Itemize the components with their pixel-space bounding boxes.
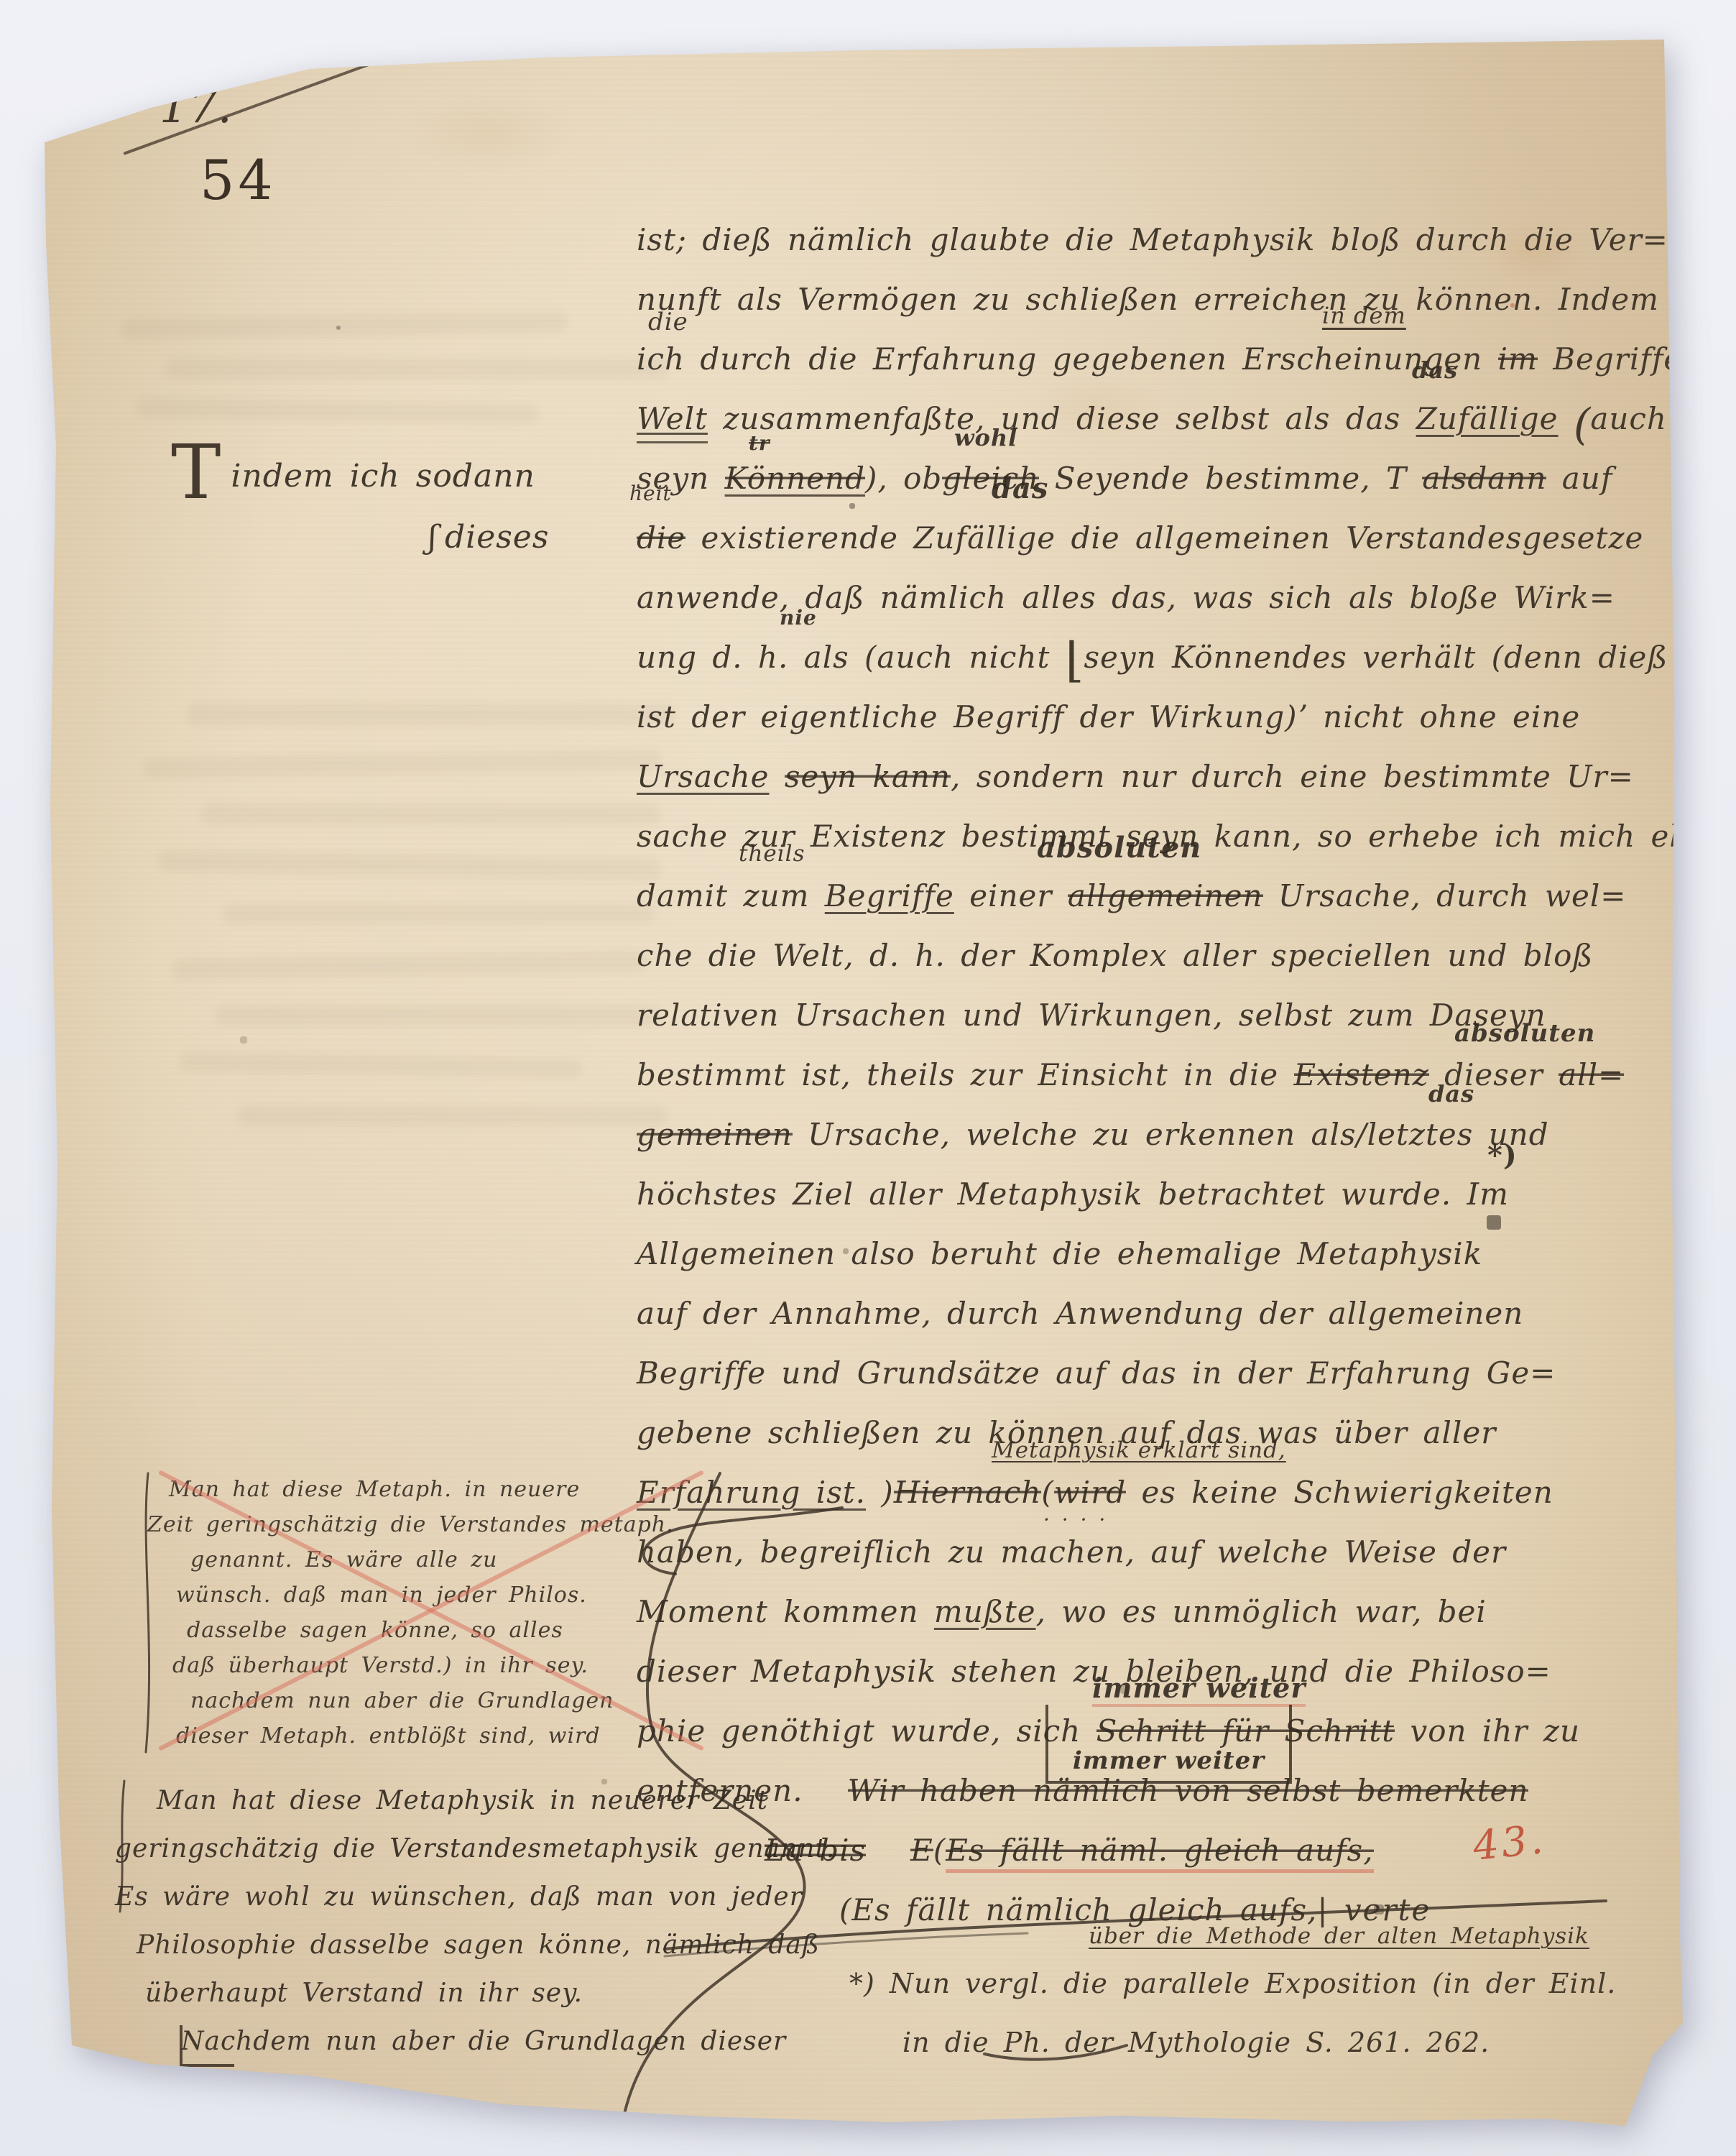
text-line: ist; dieß nämlich glaubte die Metaphysik…: [637, 210, 1643, 269]
text-line: Moment kommen mußte, wo es unmöglich war…: [637, 1582, 1643, 1641]
line-seg: ): [866, 1475, 894, 1510]
struck-text: die: [637, 520, 685, 556]
line-seg: Allgemeinen also beruht die ehemalige Me…: [637, 1236, 1482, 1271]
bleedthrough-line: [216, 1006, 661, 1025]
underlined-text: Begriffe: [825, 878, 954, 913]
line-seg: relativen Ursachen und Wirkungen, selbst…: [637, 998, 1546, 1033]
line-seg: höchstes Ziel aller Metaphysik betrachte…: [637, 1176, 1509, 1212]
margin-draft-line: Man hat diese Metaph. in neuere: [147, 1472, 672, 1507]
text-line: ung d. h. als (auch nicht ⌊seyn Könnende…: [637, 627, 1643, 687]
margin-draft-line: wünsch. daß man in jeder Philos.: [147, 1577, 672, 1613]
interlinear-insertion: in dem: [1322, 302, 1406, 329]
text-line: nunft als Vermögen zu schließen erreiche…: [637, 269, 1643, 329]
text-line: damit zum Begriffe einer allgemeinen Urs…: [637, 866, 1643, 926]
margin-note-bottom: Man hat diese Metaphysik in neuerer Zeit…: [115, 1777, 790, 2065]
struck-text: Könnend: [725, 461, 865, 496]
line-seg: ist; dieß nämlich glaubte die Metaphysik…: [637, 222, 1668, 257]
margin-note-top-line1: Tindem ich sodann: [171, 428, 549, 516]
text-line: Erfahrung ist. )Hiernach(wird es keine S…: [637, 1462, 1643, 1522]
line-seg: einer: [954, 878, 1068, 913]
footnote-insertion: über die Methode der alten Metaphysik: [1089, 1923, 1589, 1949]
line-seg: seyn Könnendes verhält (denn dieß: [1084, 640, 1668, 675]
insertion-mark: ʃ: [428, 519, 438, 556]
manuscript-paper: 17. 54 Tindem ich sodann ʃdieses ist; di…: [0, 0, 1736, 2156]
underlined-text: Welt: [637, 401, 708, 443]
underlined-text: Zufällige: [1416, 401, 1559, 436]
footnote-line1: *) Nun vergl. die parallele Exposition (…: [849, 1968, 1616, 1999]
interlinear-insertion: immer weiter: [1092, 1672, 1306, 1707]
line-seg: che die Welt, d. h. der Komplex aller sp…: [637, 938, 1593, 973]
ink-specks: [0, 0, 1, 1]
struck-text: gemeinen: [637, 1117, 793, 1152]
margin-note-top: Tindem ich sodann ʃdieses: [171, 428, 549, 556]
struck-text: E: [910, 1833, 933, 1868]
bleedthrough-line: [137, 399, 539, 423]
footnote-asterisk-mark: *): [1487, 1138, 1518, 1172]
bleedthrough-line: [201, 805, 661, 824]
text-line: ist der eigentliche Begriff der Wirkung)…: [637, 687, 1643, 747]
line-seg: von ihr zu: [1395, 1713, 1580, 1749]
text-line: höchstes Ziel aller Metaphysik betrachte…: [637, 1164, 1643, 1224]
line-seg: ), ob: [865, 461, 942, 496]
underlined-text: Ursache: [637, 759, 770, 794]
margin-note-line: Philosophie dasselbe sagen könne, nämlic…: [115, 1921, 790, 1969]
insertion-box: immer weiter: [1045, 1705, 1292, 1784]
line-seg: bestimmt ist, theils zur Einsicht in die: [637, 1057, 1294, 1092]
struck-text: alsdann: [1422, 461, 1546, 496]
line-seg: Begriffe und Grundsätze auf das in der E…: [637, 1355, 1556, 1391]
footnote-line2: in die Ph. der Mythologie S. 261. 262.: [902, 2027, 1490, 2058]
margin-note-line: Es wäre wohl zu wünschen, daß man von je…: [115, 1873, 790, 1921]
text-line: Welt zusammenfaßte, und diese selbst als…: [637, 389, 1643, 448]
line-seg: haben, begreiflich zu machen, auf welche…: [637, 1534, 1506, 1570]
margin-note-text: dieses: [445, 519, 549, 556]
text-line: Ursache seyn kann, sondern nur durch ein…: [637, 747, 1643, 806]
margin-note-line: Man hat diese Metaphysik in neuerer Zeit: [115, 1777, 790, 1825]
text-line: Allgemeinen also beruht die ehemalige Me…: [637, 1224, 1643, 1284]
line-seg: auch nicht=: [1590, 401, 1736, 436]
struck-text: allgemeinen: [1068, 878, 1263, 913]
margin-draft-line: dasselbe sagen könne, so alles: [147, 1613, 672, 1648]
bleedthrough-line: [158, 851, 661, 880]
line-seg: [770, 759, 785, 794]
line-seg: ung d. h. als (auch nicht: [637, 640, 1066, 675]
insertion-corner-bracket: [180, 2025, 234, 2067]
line-seg: Ursache, durch wel=: [1263, 878, 1627, 913]
margin-note-line: überhaupt Verstand in ihr sey.: [115, 1969, 790, 2017]
margin-draft-crossed: Man hat diese Metaph. in neuere Zeit ger…: [147, 1472, 672, 1754]
line-seg: Moment kommen: [637, 1594, 934, 1629]
text-line: haben, begreiflich zu machen, auf welche…: [637, 1522, 1643, 1582]
underlined-text: mußte: [934, 1594, 1036, 1629]
text-line: che die Welt, d. h. der Komplex aller sp…: [637, 926, 1643, 985]
interlinear-insertion: das: [1428, 1080, 1474, 1107]
bleedthrough-line: [165, 359, 668, 378]
margin-draft-line: daß überhaupt Verstd.) in ihr sey.: [147, 1648, 672, 1683]
interlinear-insertion: nie: [780, 606, 817, 630]
struck-text: all=: [1559, 1057, 1624, 1092]
bleedthrough-line: [187, 704, 675, 724]
interlinear-insertion: theils: [739, 841, 805, 867]
line-seg: auf der Annahme, durch Anwendung der all…: [637, 1296, 1523, 1331]
interlinear-insertion: tr: [749, 431, 770, 455]
bleedthrough-line: [180, 1053, 582, 1077]
line-seg: ich durch die Erfahrung gegebenen Ersche…: [637, 341, 1498, 377]
margin-note-top-line2: ʃdieses: [428, 519, 549, 556]
struck-text: seyn kann: [785, 759, 951, 794]
line-seg: (: [1041, 1475, 1053, 1510]
line-seg: es keine Schwierigkeiten: [1126, 1475, 1553, 1510]
line-seg: , wo es unmöglich war, bei: [1036, 1594, 1487, 1629]
text-line: die existierende Zufällige die allgemein…: [637, 508, 1643, 568]
struck-text-red-underline: Es fällt näml. gleich aufs,: [946, 1833, 1373, 1873]
line-seg: phie genöthigt wurde, sich: [637, 1713, 1096, 1749]
paper-stain: [402, 93, 575, 172]
bleedthrough-line: [172, 952, 647, 979]
text-line: ich durch die Erfahrung gegebenen Ersche…: [637, 329, 1643, 389]
text-line: Begriffe und Grundsätze auf das in der E…: [637, 1343, 1643, 1403]
line-seg: (: [933, 1833, 946, 1868]
interlinear-insertion: absoluten: [1037, 831, 1201, 865]
struck-text: Existenz: [1294, 1057, 1429, 1092]
interlinear-insertion: die: [648, 308, 688, 336]
line-seg: Ursache, welche zu erkennen als/letztes …: [793, 1117, 1549, 1152]
line-seg: , sondern nur durch eine bestimmte Ur=: [951, 759, 1634, 794]
interlinear-insertion: das: [1412, 356, 1458, 384]
line-seg: nunft als Vermögen zu schließen erreiche…: [637, 282, 1659, 317]
page-number: 54: [200, 148, 277, 212]
interlinear-insertion: heit: [629, 482, 672, 505]
stet-dots-mark: · · · ·: [1043, 1508, 1108, 1531]
line-seg: Begriffe: [1538, 341, 1682, 377]
line-seg: zusammenfaßte, und diese selbst als das: [708, 401, 1416, 436]
verte-note: verte: [1329, 1892, 1431, 1927]
insertion-bracket-mark: ⌊: [1066, 632, 1084, 688]
margin-draft-line: genannt. Es wäre alle zu: [147, 1542, 672, 1577]
insertion-box-text: immer weiter: [1073, 1746, 1265, 1781]
text-line: bestimmt ist, theils zur Einsicht in die…: [637, 1045, 1643, 1105]
margin-note-text: indem ich sodann: [231, 458, 535, 494]
struck-text: Hiernach: [894, 1475, 1042, 1510]
bleedthrough-line: [122, 313, 568, 339]
red-folio-number: 43.: [1471, 1816, 1548, 1870]
interlinear-insertion: absoluten: [1454, 1019, 1595, 1048]
interlinear-insertion: das: [992, 471, 1048, 505]
line-seg: ist der eigentliche Begriff der Wirkung)…: [637, 699, 1580, 734]
bleedthrough-line: [223, 906, 654, 923]
line-seg: damit zum: [637, 878, 825, 913]
line-seg: [1559, 401, 1574, 436]
line-seg: existierende Zufällige die allgemeinen V…: [685, 520, 1643, 556]
large-paren-mark: (: [1574, 400, 1590, 450]
bleedthrough-line: [144, 750, 661, 778]
text-line: auf der Annahme, durch Anwendung der all…: [637, 1284, 1643, 1343]
margin-draft-line: dieser Metaph. entblößt sind, wird: [147, 1718, 672, 1754]
scan-background: 17. 54 Tindem ich sodann ʃdieses ist; di…: [0, 0, 1736, 2156]
margin-note-line: geringschätzig die Verstandesmetaphysik …: [115, 1825, 790, 1873]
bleedthrough-line: [237, 1107, 668, 1125]
line-seg: auf: [1546, 461, 1612, 496]
line-seg: Seyende bestimme, T: [1039, 461, 1422, 496]
line-seg: (Es fällt nämlich gleich aufs,|: [839, 1892, 1329, 1927]
interlinear-insertion: Metaphysik erklärt sind,: [992, 1437, 1286, 1463]
insertion-mark: T: [171, 428, 221, 516]
struck-text: wird: [1054, 1475, 1126, 1510]
interlinear-insertion: wohl: [954, 424, 1017, 451]
text-line: seyn Könnend), obgleich Seyende bestimme…: [637, 448, 1643, 508]
struck-text: im: [1498, 341, 1538, 377]
